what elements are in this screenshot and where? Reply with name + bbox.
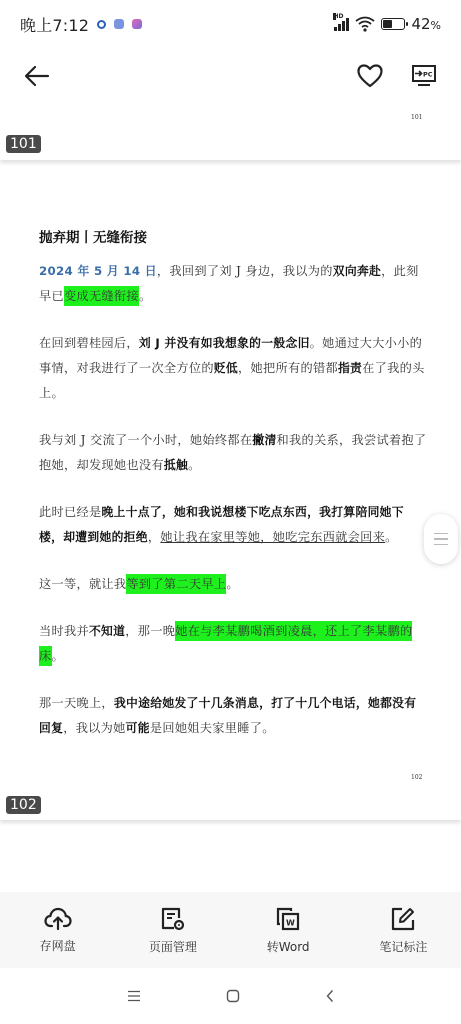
home-icon[interactable] [226, 989, 240, 1003]
document-content: 抛弃期丨无缝衔接 2024 年 5 月 14 日，我回到了刘 J 身边，我以为的… [39, 226, 427, 763]
paragraph: 这一等，就让我等到了第二天早上。 [39, 572, 427, 597]
save-to-cloud-button[interactable]: 存网盘 [8, 907, 108, 954]
back-button[interactable] [22, 61, 52, 91]
bold-text: 撇清 [252, 433, 276, 447]
app-bar: PC [0, 48, 461, 104]
text: 我与刘 J 交流了一个小时，她始终都在 [39, 433, 252, 447]
notification-icon-circle [97, 20, 106, 29]
page-settings-icon [160, 906, 186, 932]
text: 当时我并 [39, 624, 89, 638]
section-heading: 抛弃期丨无缝衔接 [39, 226, 427, 251]
tool-label: 页面管理 [149, 938, 197, 955]
text: ，我回到了刘 J 身边，我以为的 [157, 264, 333, 278]
heart-icon [357, 64, 383, 88]
system-nav-bar [0, 968, 461, 1024]
bold-text: 指责 [338, 361, 362, 375]
menu-icon[interactable] [127, 990, 141, 1002]
tool-label: 笔记标注 [379, 938, 427, 955]
favorite-button[interactable] [355, 61, 385, 91]
battery-icon [381, 18, 405, 30]
text: 。 [139, 289, 152, 303]
page-101: 101 101 [0, 104, 461, 160]
page-footer-number: 101 [411, 114, 422, 121]
underline-annotation[interactable]: 她让我在家里等她，她吃完东西就会回来 [160, 530, 385, 544]
text: 。 [226, 577, 239, 591]
text: 。 [385, 530, 398, 544]
bold-text: 不知道 [89, 624, 125, 638]
bottom-toolbar: 存网盘 页面管理 W 转Word 笔记标注 [0, 892, 461, 968]
convert-word-button[interactable]: W 转Word [238, 906, 338, 955]
send-to-pc-icon: PC [411, 64, 437, 88]
send-to-pc-button[interactable]: PC [409, 61, 439, 91]
arrow-left-icon [24, 65, 50, 87]
signal-icon: HD [334, 17, 349, 31]
page-badge: 101 [6, 135, 41, 153]
notification-icon-app-2 [132, 19, 142, 29]
page-footer-number: 102 [411, 774, 422, 781]
status-bar: 晚上7:12 HD 42% [0, 0, 461, 48]
text: 这一等，就让我 [39, 577, 126, 591]
paragraph: 在回到碧桂园后，刘 J 并没有如我想象的一般念旧。她通过大大小小的事情，对我进行… [39, 331, 427, 406]
paragraph: 2024 年 5 月 14 日，我回到了刘 J 身边，我以为的双向奔赴，此刻早已… [39, 259, 427, 309]
edit-note-icon [390, 906, 416, 932]
bold-text: 可能 [126, 721, 150, 735]
text: ，她把所有的错都 [238, 361, 338, 375]
page-badge: 102 [6, 796, 41, 814]
battery-percent: 42% [411, 15, 441, 33]
text: ， [148, 530, 161, 544]
text: 是回她姐夫家里睡了。 [150, 721, 275, 735]
tool-label: 存网盘 [40, 937, 76, 954]
date-text: 2024 年 5 月 14 日 [39, 264, 157, 278]
clock: 晚上7:12 [20, 13, 89, 36]
bold-text: 抵触 [164, 458, 188, 472]
text: 在回到碧桂园后， [39, 336, 139, 350]
paragraph: 我与刘 J 交流了一个小时，她始终都在撇清和我的关系，我尝试着抱了抱她，却发现她… [39, 428, 427, 478]
notification-icon-app [114, 19, 124, 29]
paragraph: 此时已经是晚上十点了，她和我说想楼下吃点东西，我打算陪同她下楼，却遭到她的拒绝，… [39, 500, 427, 550]
highlight-annotation[interactable]: 等到了第二天早上 [126, 574, 226, 594]
status-left: 晚上7:12 [20, 13, 142, 36]
page-102: 抛弃期丨无缝衔接 2024 年 5 月 14 日，我回到了刘 J 身边，我以为的… [0, 166, 461, 820]
page-manage-button[interactable]: 页面管理 [123, 906, 223, 955]
text: 。 [52, 649, 65, 663]
text: ，那一晚 [125, 624, 175, 638]
cloud-upload-icon [44, 907, 72, 931]
wifi-icon [355, 16, 375, 32]
tool-label: 转Word [267, 938, 310, 955]
convert-word-icon: W [275, 906, 301, 932]
text: ，我以为她 [63, 721, 125, 735]
hd-label: HD [333, 13, 336, 20]
paragraph: 那一天晚上，我中途给她发了十几条消息，打了十几个电话，她都没有回复，我以为她可能… [39, 691, 427, 741]
paragraph: 当时我并不知道，那一晚她在与李某鹏喝酒到凌晨，还上了李某鹏的床。 [39, 619, 427, 669]
text: 此时已经是 [39, 505, 101, 519]
bold-text: 双向奔赴 [333, 264, 381, 278]
scroll-handle[interactable] [424, 514, 458, 564]
svg-text:PC: PC [423, 71, 433, 79]
highlight-annotation[interactable]: 变成无缝衔接 [64, 286, 139, 306]
status-right: HD 42% [334, 15, 441, 33]
svg-text:W: W [286, 918, 295, 927]
text: 那一天晚上， [39, 696, 114, 710]
bold-text: 刘 J 并没有如我想象的一般念旧 [139, 336, 310, 350]
text: 。 [188, 458, 201, 472]
bold-text: 贬低 [214, 361, 238, 375]
note-annotate-button[interactable]: 笔记标注 [353, 906, 453, 955]
back-nav-icon[interactable] [325, 989, 335, 1003]
